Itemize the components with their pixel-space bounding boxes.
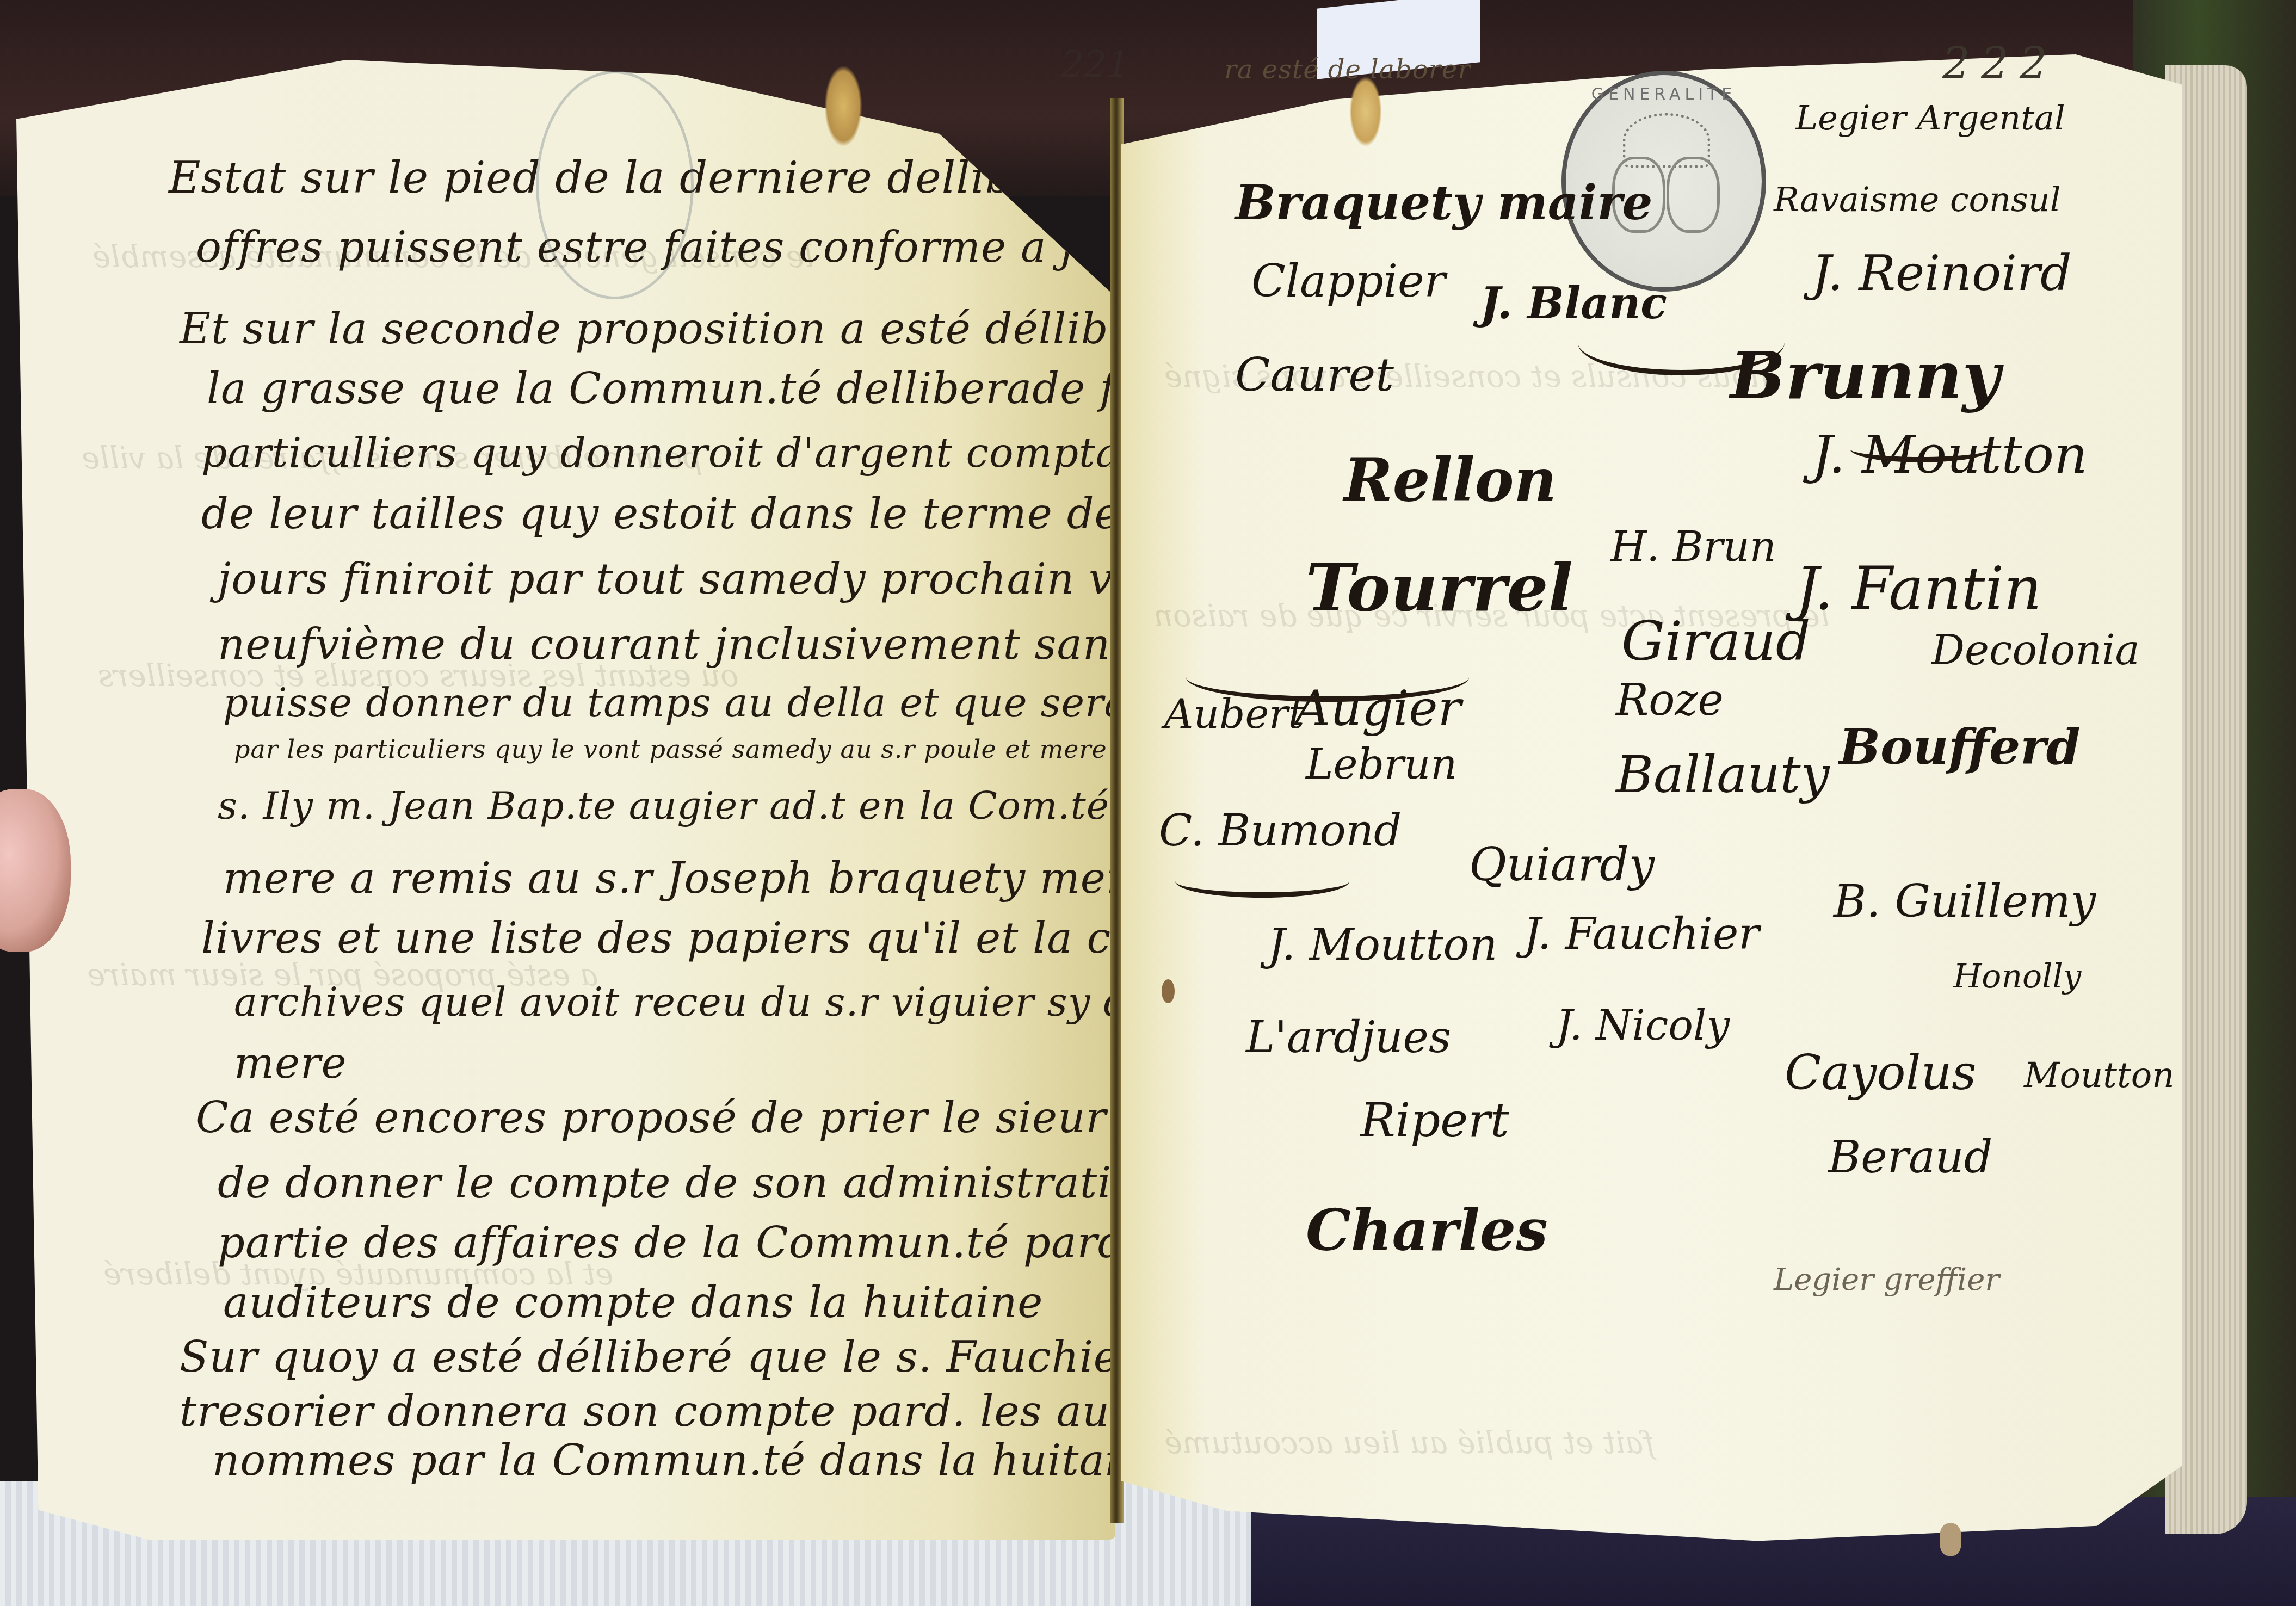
signature: Ripert (1360, 1094, 1509, 1148)
signature: Giraud (1621, 609, 1811, 673)
manuscript-line: s. Ily m. Jean Bap.te augier ad.t en la … (218, 783, 1115, 828)
signature: J. Reinoird (1812, 245, 2072, 302)
signature: Ravaisme consul (1774, 180, 2060, 219)
page-number-right: 222 (1942, 38, 2058, 89)
manuscript-line: puisse donner du tamps au della et que s… (223, 680, 1115, 726)
signature: Beraud (1828, 1132, 1992, 1183)
signature: J. Nicoly (1556, 1001, 1730, 1049)
seal-legend: GENERALITE (1566, 85, 1762, 104)
manuscript-line: tresorier donnera son compte pard. les a… (180, 1387, 1115, 1436)
signature: Quiardy (1469, 838, 1655, 891)
manuscript-line: mere a remis au s.r Joseph braquety mere… (223, 854, 1115, 903)
left-page: le conseil general de la communauté asse… (16, 60, 1115, 1540)
signature: Legier greffier (1774, 1262, 1999, 1298)
signature-flourish (1186, 653, 1469, 702)
manuscript-line: de donner le compte de son administratio… (218, 1159, 1115, 1208)
signature: Honolly (1953, 958, 2082, 996)
manuscript-line: partie des affaires de la Commun.té pard… (218, 1219, 1115, 1268)
manuscript-line: auditeurs de compte dans la huitaine (223, 1278, 1044, 1327)
signature: B. Guillemy (1834, 876, 2096, 928)
manuscript-line: mere (234, 1039, 347, 1088)
wax-stain (1349, 76, 1382, 147)
signature-flourish (1850, 435, 1991, 462)
signature: L'ardjues (1246, 1012, 1451, 1063)
signature: Decolonia (1931, 626, 2140, 674)
manuscript-line: nommes par la Commun.té dans la huitaine… (212, 1436, 1115, 1485)
shield-icon (1667, 157, 1720, 233)
manuscript-line: neufvième du courant jnclusivement sans … (218, 620, 1115, 669)
signature: Braquety maire (1235, 174, 1653, 231)
signature-flourish (1175, 865, 1349, 898)
manuscript-line: particulliers quy donneroit d'argent com… (201, 430, 1115, 477)
manuscript-line: Ca esté encores proposé de prier le sieu… (196, 1094, 1115, 1142)
header-line: ra esté de laborer (1224, 54, 1471, 85)
manuscript-line: archives quel avoit receu du s.r viguier… (234, 979, 1115, 1025)
page-number-left: 221 (1061, 44, 1130, 85)
signature: Cauret (1235, 348, 1394, 401)
manuscript-line: jours finiroit par tout samedy prochain … (218, 555, 1115, 604)
signature: Clappier (1251, 256, 1446, 307)
signature: Ballauty (1616, 745, 1830, 805)
signature: C. Bumond (1159, 805, 1402, 856)
manuscript-line: de leur tailles quy estoit dans le terme… (201, 490, 1115, 539)
signature: Rellon (1344, 446, 1557, 515)
signature: Charles (1306, 1197, 1548, 1264)
signature: Brunny (1730, 337, 2000, 414)
manuscript-line: Sur quoy a esté délliberé que le s. Fauc… (180, 1333, 1115, 1382)
seal-bleed-through (536, 71, 694, 299)
signature: Roze (1616, 675, 1724, 725)
signature: Tourrel (1306, 549, 1573, 626)
manuscript-line: par les particuliers quy le vont passé s… (234, 734, 1115, 764)
manuscript-line: la grasse que la Commun.té delliberade f… (207, 365, 1115, 413)
signature: J. Fauchier (1523, 909, 1760, 959)
paper-damage (1940, 1523, 1961, 1556)
ink-blot (1162, 979, 1175, 1003)
signature: J. Moutton (1268, 919, 1497, 970)
wax-stain (824, 65, 862, 147)
manuscript-line: livres et une liste des papiers qu'il et… (201, 914, 1115, 963)
manuscript-line: Et sur la seconde proposition a esté dél… (180, 305, 1115, 354)
signature: J. Fantin (1795, 555, 2042, 623)
signature: Legier Argental (1795, 98, 2065, 138)
bleed-through-text: fait et publié au lieu accoutumé (1164, 1425, 1655, 1461)
signature: Boufferd (1839, 718, 2081, 776)
signature: Lebrun (1306, 740, 1457, 788)
signature: H. Brun (1610, 522, 1776, 571)
signature: Moutton (2024, 1055, 2174, 1096)
signature: Cayolus (1785, 1045, 1976, 1101)
